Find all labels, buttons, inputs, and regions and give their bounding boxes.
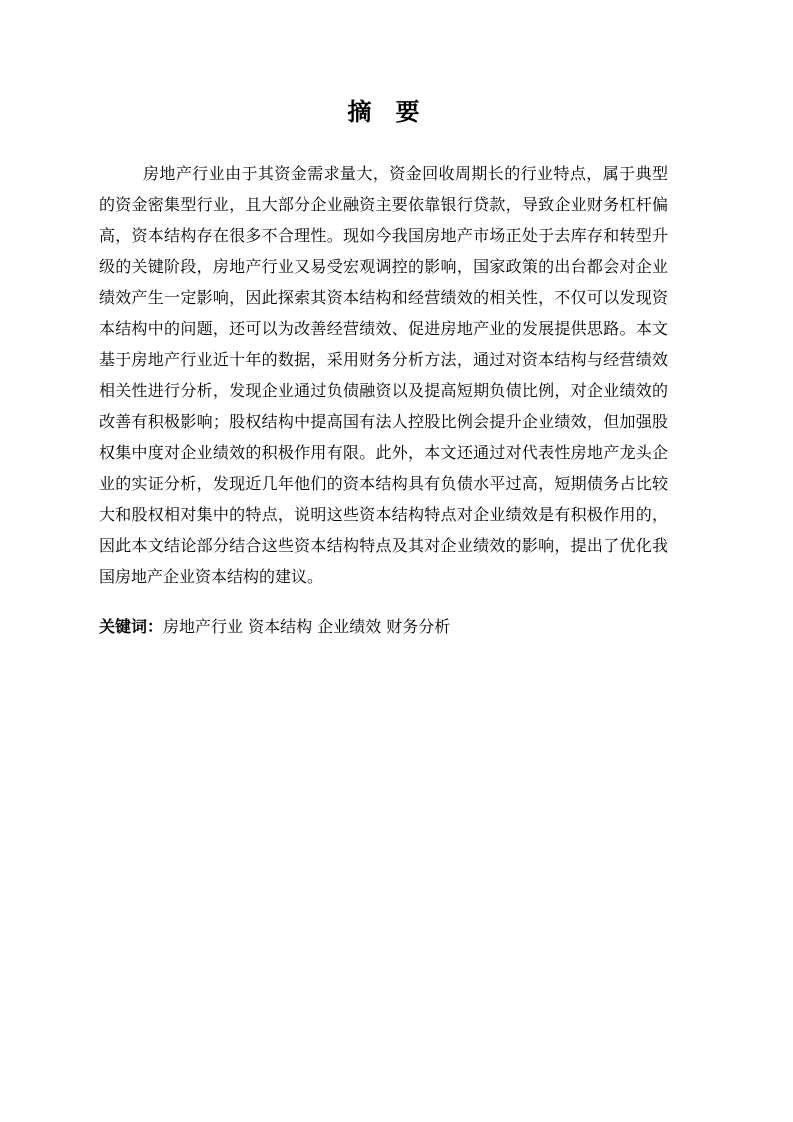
page-title: 摘 要: [99, 96, 668, 127]
keywords-text: 房地产行业 资本结构 企业绩效 财务分析: [163, 617, 450, 636]
keywords-label: 关键词：: [99, 617, 163, 636]
document-page: 摘 要 房地产行业由于其资金需求量大，资金回收周期长的行业特点，属于典型的资金密…: [0, 0, 793, 1122]
abstract-paragraph: 房地产行业由于其资金需求量大，资金回收周期长的行业特点，属于典型的资金密集型行业…: [99, 158, 668, 592]
keywords-line: 关键词：房地产行业 资本结构 企业绩效 财务分析: [99, 611, 668, 642]
page-content: 摘 要 房地产行业由于其资金需求量大，资金回收周期长的行业特点，属于典型的资金密…: [99, 96, 668, 642]
